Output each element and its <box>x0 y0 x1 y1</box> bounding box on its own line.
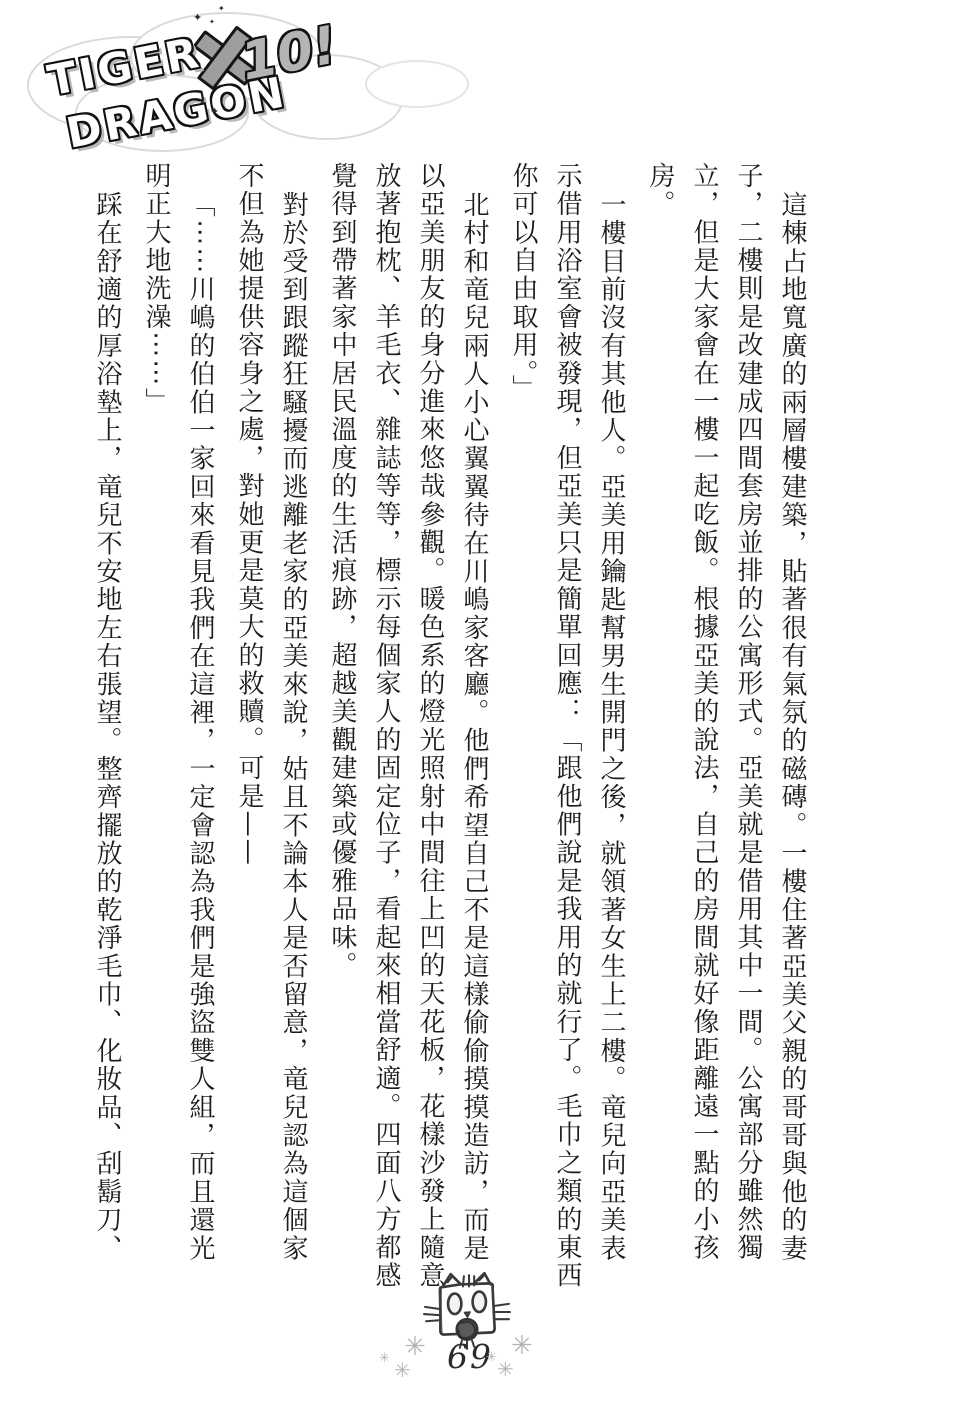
paragraph: 北村和竜兒兩人小心翼翼待在川嶋家客廳。他們希望自己不是這樣偷偷摸摸造訪，而是以亞… <box>320 162 496 1312</box>
text-column: 覺得到帶著家中居民溫度的生活痕跡，超越美觀建築或優雅品味。 <box>320 162 364 1312</box>
paragraph: 踩在舒適的厚浴墊上，竜兒不安地左右張望。整齊擺放的乾淨毛巾、化妝品、刮鬍刀、 <box>85 162 129 1312</box>
text-column: 一樓目前沒有其他人。亞美用鑰匙幫男生開門之後，就領著女生上二樓。竜兒向亞美表 <box>589 162 633 1312</box>
text-column: 這棟占地寬廣的兩層樓建築，貼著很有氣氛的磁磚。一樓住著亞美父親的哥哥與他的妻 <box>770 162 814 1312</box>
text-column: 子，二樓則是改建成四間套房並排的公寓形式。亞美就是借用其中一間。公寓部分雖然獨 <box>726 162 770 1312</box>
paragraph: 一樓目前沒有其他人。亞美用鑰匙幫男生開門之後，就領著女生上二樓。竜兒向亞美表示借… <box>501 162 633 1312</box>
text-column: 踩在舒適的厚浴墊上，竜兒不安地左右張望。整齊擺放的乾淨毛巾、化妝品、刮鬍刀、 <box>85 162 129 1312</box>
text-column: 不但為她提供容身之處，對她更是莫大的救贖。可是—— <box>227 162 271 1312</box>
text-column: 以亞美朋友的身分進來悠哉參觀。暖色系的燈光照射中間往上凹的天花板，花樣沙發上隨意 <box>408 162 452 1312</box>
text-column: 示借用浴室會被發現，但亞美只是簡單回應：「跟他們說是我用的就行了。毛巾之類的東西 <box>545 162 589 1312</box>
text-column: 對於受到跟蹤狂騷擾而逃離老家的亞美來說，姑且不論本人是否留意，竜兒認為這個家 <box>271 162 315 1312</box>
novel-text-block: 這棟占地寬廣的兩層樓建築，貼著很有氣氛的磁磚。一樓住著亞美父親的哥哥與他的妻子，… <box>85 162 814 1312</box>
page-number: 69 <box>447 1337 493 1376</box>
paragraph: 這棟占地寬廣的兩層樓建築，貼著很有氣氛的磁磚。一樓住著亞美父親的哥哥與他的妻子，… <box>638 162 814 1312</box>
star-icon: ✳ <box>379 1352 390 1365</box>
paragraph: 「⋯⋯川嶋的伯伯一家回來看見我們在這裡，一定會認為我們是強盜雙人組，而且還光明正… <box>134 162 222 1312</box>
cloud-shape <box>365 60 469 108</box>
text-column: 「⋯⋯川嶋的伯伯一家回來看見我們在這裡，一定會認為我們是強盜雙人組，而且還光 <box>178 162 222 1312</box>
star-icon: ✳ <box>497 1359 514 1379</box>
text-column: 立，但是大家會在一樓一起吃飯。根據亞美的說法，自己的房間就好像距離遠一點的小孩 <box>682 162 726 1312</box>
paragraph: 對於受到跟蹤狂騷擾而逃離老家的亞美來說，姑且不論本人是否留意，竜兒認為這個家不但… <box>227 162 315 1312</box>
text-column: 明正大地洗澡⋯⋯」 <box>134 162 178 1312</box>
text-column: 放著抱枕、羊毛衣、雜誌等等，標示每個家人的固定位子，看起來相當舒適。四面八方都感 <box>364 162 408 1312</box>
text-column: 你可以自由取用。」 <box>501 162 545 1312</box>
book-page: TIGER DRAGON 10! 這棟占地寬廣的兩層樓建築，貼著很有氣氛的磁磚。… <box>0 0 960 1411</box>
text-column: 房。 <box>638 162 682 1312</box>
star-icon: ✳ <box>511 1333 533 1359</box>
text-column: 北村和竜兒兩人小心翼翼待在川嶋家客廳。他們希望自己不是這樣偷偷摸摸造訪，而是 <box>452 162 496 1312</box>
series-logo: TIGER DRAGON 10! <box>35 8 455 158</box>
star-icon: ✳ <box>394 1360 411 1380</box>
